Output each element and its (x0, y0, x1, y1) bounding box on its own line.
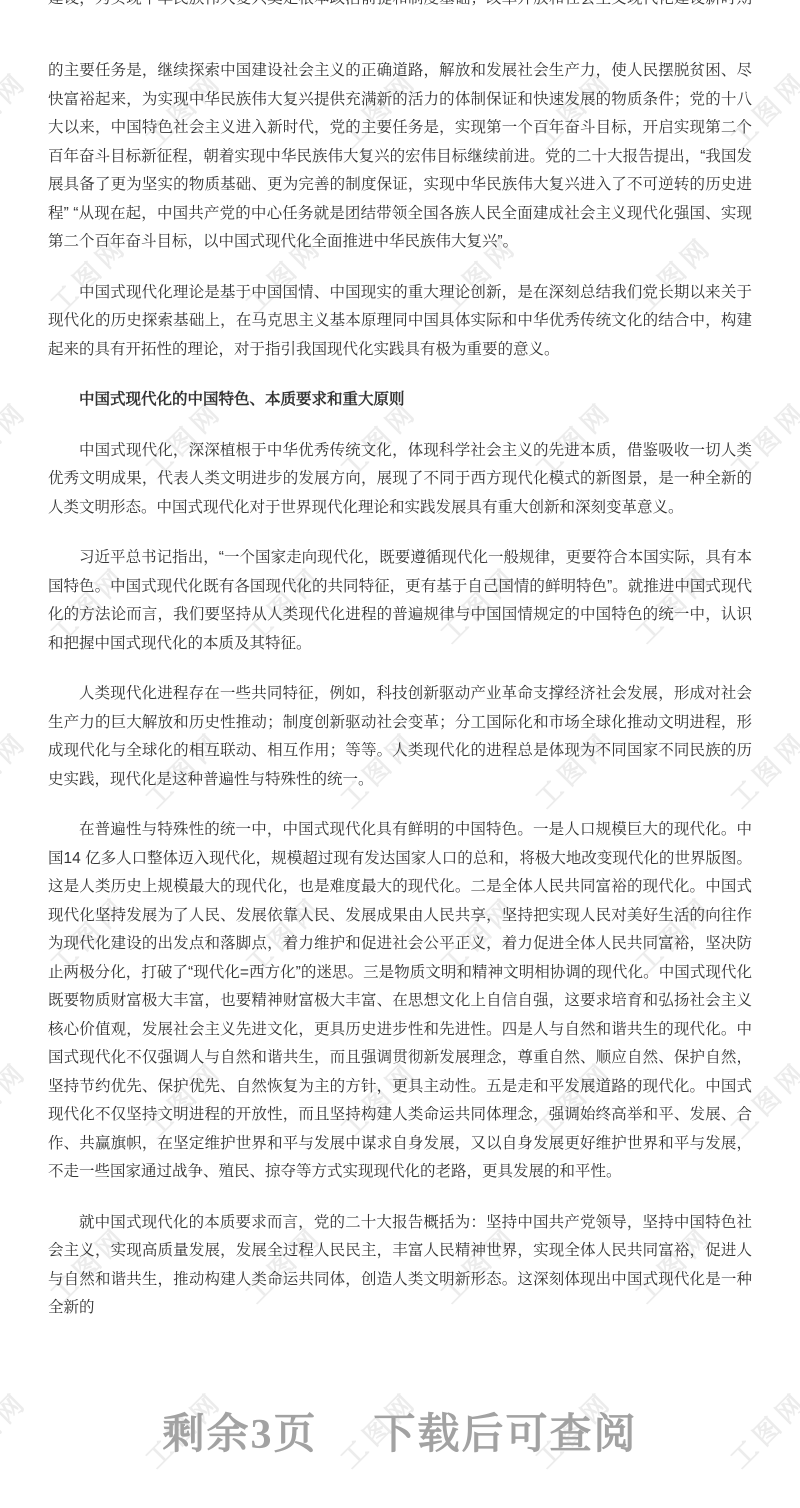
remaining-pages-notice: 剩余3页下载后可查阅 (48, 1407, 752, 1463)
paragraph: 的主要任务是，继续探索中国建设社会主义的正确道路，解放和发展社会生产力，使人民摆… (48, 57, 752, 257)
clipped-paragraph-line: 建设，为实现中华民族伟大复兴奠定根本政治前提和制度基础；改革开放和社会主义现代化… (48, 0, 752, 13)
paragraph: 习近平总书记指出，“一个国家走向现代化，既要遵循现代化一般规律，更要符合本国实际… (48, 544, 752, 658)
paragraph: 中国式现代化，深深植根于中华优秀传统文化，体现科学社会主义的先进本质，借鉴吸收一… (48, 437, 752, 523)
paragraph: 中国式现代化理论是基于中国国情、中国现实的重大理论创新，是在深刻总结我们党长期以… (48, 279, 752, 365)
clipped-top-line: 建设，为实现中华民族伟大复兴奠定根本政治前提和制度基础；改革开放和社会主义现代化… (48, 0, 752, 13)
download-hint-label: 下载后可查阅 (374, 1412, 638, 1458)
section-heading: 中国式现代化的中国特色、本质要求和重大原则 (48, 386, 752, 415)
paragraph: 在普遍性与特殊性的统一中，中国式现代化具有鲜明的中国特色。一是人口规模巨大的现代… (48, 816, 752, 1187)
remaining-pages-label: 剩余3页 (162, 1412, 317, 1458)
paragraph: 就中国式现代化的本质要求而言，党的二十大报告概括为：坚持中国共产党领导，坚持中国… (48, 1209, 752, 1323)
paragraph: 人类现代化进程存在一些共同特征，例如，科技创新驱动产业革命支撑经济社会发展，形成… (48, 680, 752, 794)
document-page: 建设，为实现中华民族伟大复兴奠定根本政治前提和制度基础；改革开放和社会主义现代化… (0, 0, 800, 1463)
